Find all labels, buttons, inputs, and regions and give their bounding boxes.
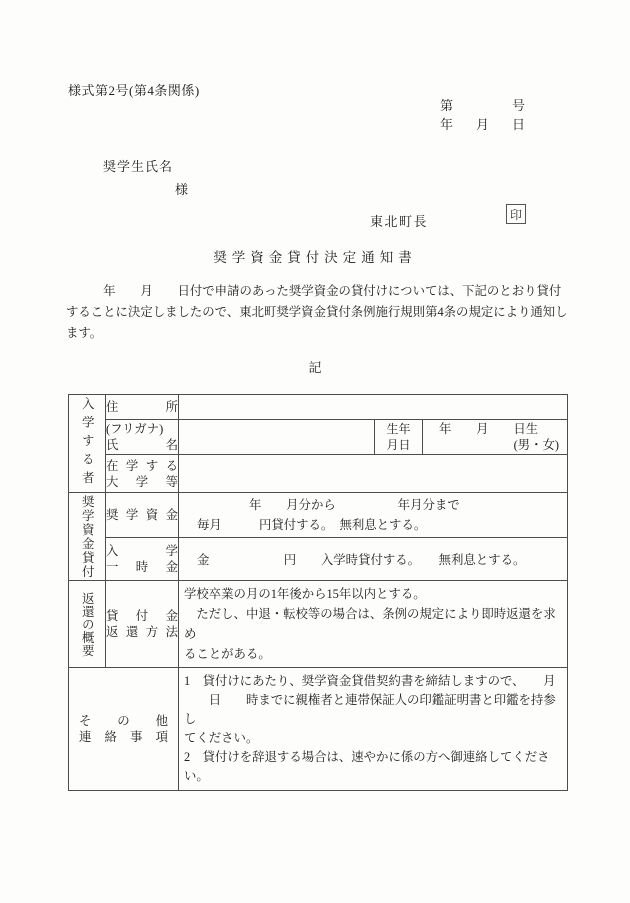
repayment-line: ただし、中退・転校等の場合は、条例の規定により即時返還を求め — [184, 604, 563, 644]
table-row: その他 連絡事項 1 貸付けにあたり、奨学資金貸借契約書を締結しますので、 月 … — [69, 668, 568, 791]
address-value-cell — [179, 395, 568, 420]
other-label-line2: 連絡事項 — [79, 729, 168, 745]
birthdate-label-line1: 生年 — [375, 421, 422, 437]
seal-glyph: 印 — [510, 206, 522, 223]
other-note-line: 日 時までに親権者と連帯保証人の印鑑証明書と印鑑を持参し — [184, 691, 563, 729]
date-month-label: 月 — [476, 114, 489, 133]
other-label-cell: その他 連絡事項 — [69, 668, 179, 791]
repayment-label-line2: 返還方法 — [106, 624, 178, 640]
table-row: 入学する者 住所 — [69, 395, 568, 420]
school-label-line2: 大学等 — [106, 474, 178, 490]
scholarship-label-cell: 奨学資金 — [106, 493, 179, 538]
gender-options: (男・女) — [423, 437, 567, 453]
table-row: 返還の概要 貸付金 返還方法 学校卒業の月の1年後から15年以内とする。 ただし… — [69, 581, 568, 668]
body-line: ます。 — [66, 323, 568, 344]
birthdate-label-cell: 生年 月日 — [375, 420, 423, 455]
birthdate-label-line2: 月日 — [375, 437, 422, 453]
scholarship-terms-line1: 年 月分から 年月分まで — [179, 495, 567, 515]
other-note-line: 2 貸付けを辞退する場合は、速やかに係の方へ御連絡してください。 — [184, 748, 563, 786]
address-label: 住所 — [106, 399, 178, 415]
school-value-cell — [179, 455, 568, 493]
other-note-line: てください。 — [184, 729, 563, 748]
body-line: 年 月 日付で申請のあった奨学資金の貸付けについては、下記のとおり貸付 — [66, 281, 568, 302]
body-line: することに決定しましたので、東北町奨学資金貸付条例施行規則第4条の規定により通知… — [66, 302, 568, 323]
other-label-line1: その他 — [79, 713, 168, 729]
admission-label-line1: 入学 — [106, 543, 178, 559]
admission-label-cell: 入学 一時金 — [106, 538, 179, 581]
table-row: (フリガナ) 氏名 生年 月日 年 月 日生 (男・女) — [69, 420, 568, 455]
school-label-line1: 在学する — [106, 458, 178, 474]
school-label-cell: 在学する 大学等 — [106, 455, 179, 493]
repayment-line: 学校卒業の月の1年後から15年以内とする。 — [184, 584, 563, 604]
group-applicant-header: 入学する者 — [69, 395, 106, 493]
seal-stamp: 印 — [506, 204, 526, 224]
document-page: 様式第2号(第4条関係) 第 号 年 月 日 奨学生氏名 様 東北町長 印 奨学… — [0, 0, 630, 903]
admission-label-line2: 一時金 — [106, 559, 178, 575]
recipient-honorific: 様 — [175, 179, 188, 198]
date-year-label: 年 — [440, 114, 453, 133]
birthdate-value-line1: 年 月 日生 — [423, 421, 567, 437]
name-label-cell: (フリガナ) 氏名 — [106, 420, 179, 455]
date-day-label: 日 — [512, 114, 525, 133]
issue-date-line: 年 月 日 — [440, 114, 525, 133]
document-title: 奨学資金貸付決定通知書 — [0, 246, 630, 266]
admission-terms-line: 金 円 入学時貸付する。 無利息とする。 — [179, 550, 567, 568]
furigana-label: (フリガナ) — [106, 421, 178, 437]
birthdate-value-cell: 年 月 日生 (男・女) — [423, 420, 568, 455]
name-value-cell — [179, 420, 375, 455]
repayment-label-cell: 貸付金 返還方法 — [106, 581, 179, 668]
scholarship-label: 奨学資金 — [106, 507, 178, 523]
doc-number-suffix: 号 — [512, 95, 525, 114]
table-row: 在学する 大学等 — [69, 455, 568, 493]
main-table: 入学する者 住所 (フリガナ) 氏名 生年 月日 年 月 日生 (男・女) — [68, 394, 568, 791]
repayment-label-line1: 貸付金 — [106, 608, 178, 624]
other-note-line: 1 貸付けにあたり、奨学資金貸借契約書を締結しますので、 月 — [184, 672, 563, 691]
group-repayment-header: 返還の概要 — [69, 581, 106, 668]
doc-number-line: 第 号 — [440, 95, 525, 114]
group-applicant-label: 入学する者 — [81, 397, 94, 490]
name-label: 氏名 — [106, 437, 178, 453]
recipient-name-label: 奨学生氏名 — [103, 156, 173, 175]
other-notes-cell: 1 貸付けにあたり、奨学資金貸借契約書を締結しますので、 月 日 時までに親権者… — [179, 668, 568, 791]
scholarship-terms-line2: 毎月 円貸付する。 無利息とする。 — [179, 515, 567, 535]
repayment-line: ることがある。 — [184, 644, 563, 664]
admission-terms-cell: 金 円 入学時貸付する。 無利息とする。 — [179, 538, 568, 581]
table-row: 奨学資金貸付 奨学資金 年 月分から 年月分まで 毎月 円貸付する。 無利息とす… — [69, 493, 568, 538]
table-row: 入学 一時金 金 円 入学時貸付する。 無利息とする。 — [69, 538, 568, 581]
repayment-terms-cell: 学校卒業の月の1年後から15年以内とする。 ただし、中退・転校等の場合は、条例の… — [179, 581, 568, 668]
form-number: 様式第2号(第4条関係) — [68, 80, 200, 99]
group-loan-label: 奨学資金貸付 — [81, 495, 94, 579]
body-paragraph: 年 月 日付で申請のあった奨学資金の貸付けについては、下記のとおり貸付 すること… — [66, 281, 568, 344]
doc-number-prefix: 第 — [440, 95, 453, 114]
group-repayment-label: 返還の概要 — [81, 592, 94, 657]
scholarship-terms-cell: 年 月分から 年月分まで 毎月 円貸付する。 無利息とする。 — [179, 493, 568, 538]
issuer-name: 東北町長 — [370, 211, 428, 230]
group-loan-header: 奨学資金貸付 — [69, 493, 106, 581]
record-mark: 記 — [0, 357, 630, 376]
address-label-cell: 住所 — [106, 395, 179, 420]
